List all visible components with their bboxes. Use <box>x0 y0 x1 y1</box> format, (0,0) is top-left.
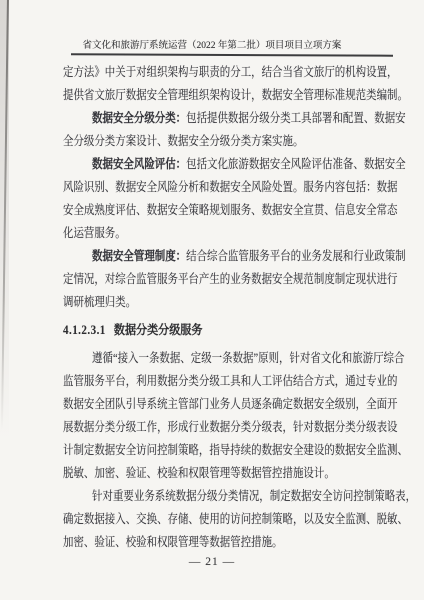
paragraph-line: 提供省文旅厅数据安全管理组织架构设计，数据安全管理标准规范类编制。 <box>63 84 342 107</box>
paragraph-line: 定情况，对综合监管服务平台产生的业务数据安全规范制度制定现状进行 <box>63 268 342 291</box>
paragraph-text: 提供省文旅厅数据安全管理组织架构设计，数据安全管理标准规范类编制。 <box>63 88 408 102</box>
paragraph-text: 安全成熟度评估、数据安全策略规划服务、数据安全宣贯、信息安全常态 <box>63 203 397 217</box>
paragraph-text: 针对重要业务系统数据分级分类情况，制定数据安全访问控制策略表， <box>92 489 416 503</box>
paragraph-text: 结合综合监管服务平台的业务发展和行业政策制 <box>186 249 406 263</box>
paragraph-text: 展数据分类分级工作，形成行业数据分类分级表，针对数据分类分级表设 <box>63 420 397 434</box>
paragraph-text: 加密、验证、校验和权限管理等数据管控措施。 <box>63 535 283 549</box>
paragraph-line: 加密、验证、校验和权限管理等数据管控措施。 <box>63 531 342 554</box>
paragraph-text: 数据安全团队引导系统主管部门业务人员逐条确定数据安全级别，全面开 <box>63 397 397 411</box>
paragraph-text: 监管服务平台，利用数据分类分级工具和人工评估结合方式，通过专业的 <box>63 374 397 388</box>
section-heading-number: 4.1.2.3.1 <box>63 323 106 337</box>
paragraph-line: 全分级分类方案设计、数据安全分级分类方案实施。 <box>63 130 342 153</box>
paragraph-line: 遵循“接入一条数据、定级一条数据”原则，针对省文化和旅游厅综合 <box>63 347 342 370</box>
paragraph-text: 定情况，对综合监管服务平台产生的业务数据安全规范制度制定现状进行 <box>63 272 397 286</box>
paragraph-line: 展数据分类分级工作，形成行业数据分类分级表，针对数据分类分级表设 <box>63 416 342 439</box>
document-body: 定方法》中关于对组织架构与职责的分工，结合当省文旅厅的机构设置， 提供省文旅厅数… <box>63 61 399 554</box>
paragraph-text: 包括文化旅游数据安全风险评估准备、数据安全 <box>186 157 406 171</box>
paragraph-text: 风险识别、数据安全风险分析和数据安全风险处置。服务内容包括：数据 <box>63 180 397 194</box>
paragraph-line: 计制定数据安全访问控制策略，指导持续的数据安全建设的数据安全监测、 <box>63 439 342 462</box>
paragraph-text: 包括提供数据分级分类工具部署和配置、数据安 <box>186 111 406 125</box>
paragraph-text: 计制定数据安全访问控制策略，指导持续的数据安全建设的数据安全监测、 <box>63 443 408 457</box>
document-page: 省文化和旅游厅系统运营（2022 年第二批）项目项目立项方案 定方法》中关于对组… <box>0 0 424 600</box>
page-header-title: 省文化和旅游厅系统运营（2022 年第二批）项目项目立项方案 <box>0 37 424 51</box>
paragraph-line: 数据安全团队引导系统主管部门业务人员逐条确定数据安全级别，全面开 <box>63 393 342 416</box>
paragraph-lead: 数据安全管理制度： <box>92 249 186 263</box>
paragraph-text: 脱敏、加密、验证、校验和权限管理等数据管控措施设计。 <box>63 466 335 480</box>
paragraph-line: 数据安全管理制度：结合综合监管服务平台的业务发展和行业政策制 <box>63 245 342 268</box>
paragraph-text: 定方法》中关于对组织架构与职责的分工，结合当省文旅厅的机构设置， <box>63 65 397 79</box>
paragraph-line: 数据安全风险评估：包括文化旅游数据安全风险评估准备、数据安全 <box>63 153 342 176</box>
paragraph-line: 化运营服务。 <box>63 222 342 245</box>
paragraph-text: 化运营服务。 <box>63 226 126 240</box>
paragraph-text: 调研梳理归类。 <box>63 295 136 309</box>
paragraph-lead: 数据安全分级分类： <box>92 111 186 125</box>
paragraph-line: 针对重要业务系统数据分级分类情况，制定数据安全访问控制策略表， <box>63 485 342 508</box>
paragraph-line: 安全成熟度评估、数据安全策略规划服务、数据安全宣贯、信息安全常态 <box>63 199 342 222</box>
paragraph-line: 监管服务平台，利用数据分类分级工具和人工评估结合方式，通过专业的 <box>63 370 342 393</box>
paragraph-line: 脱敏、加密、验证、校验和权限管理等数据管控措施设计。 <box>63 462 342 485</box>
paragraph-line: 调研梳理归类。 <box>63 291 342 314</box>
paragraph-text: 遵循“接入一条数据、定级一条数据”原则，针对省文化和旅游厅综合 <box>92 351 404 365</box>
page-footer: — 21 — <box>0 556 424 568</box>
paragraph-text: 确定数据接入、交换、存储、使用的访问控制策略，以及安全监测、脱敏、 <box>63 512 408 526</box>
paragraph-line: 风险识别、数据安全风险分析和数据安全风险处置。服务内容包括：数据 <box>63 176 342 199</box>
section-heading: 4.1.2.3.1数据分类分级服务 <box>63 321 365 339</box>
paragraph-text: 全分级分类方案设计、数据安全分级分类方案实施。 <box>63 134 303 148</box>
paragraph-lead: 数据安全风险评估： <box>92 157 186 171</box>
paragraph-line: 确定数据接入、交换、存储、使用的访问控制策略，以及安全监测、脱敏、 <box>63 508 342 531</box>
page-number: — 21 — <box>189 556 235 568</box>
section-heading-title: 数据分类分级服务 <box>114 323 203 337</box>
header-rule <box>71 53 393 56</box>
paragraph-line: 定方法》中关于对组织架构与职责的分工，结合当省文旅厅的机构设置， <box>63 61 342 84</box>
paragraph-line: 数据安全分级分类：包括提供数据分级分类工具部署和配置、数据安 <box>63 107 342 130</box>
